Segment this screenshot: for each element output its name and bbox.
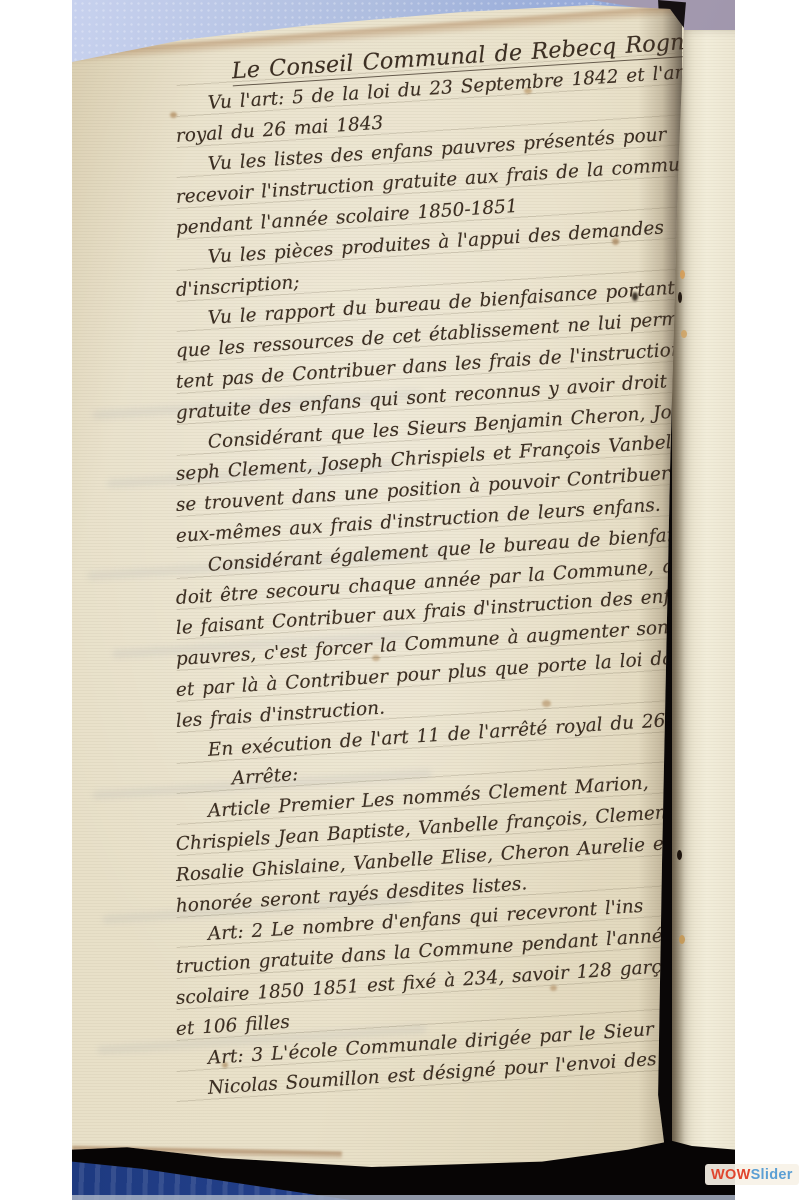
watermark-slider-text: Slider (751, 1167, 793, 1183)
page-speck (678, 292, 682, 303)
manuscript-text: Le Conseil Communal de Rebecq RognonVu l… (176, 60, 735, 1107)
page-stain (681, 330, 687, 338)
left-letterbox (0, 0, 72, 1200)
watermark-wow-text: WOW (711, 1167, 751, 1183)
page-stain (680, 270, 685, 279)
book-photo: Le Conseil Communal de Rebecq RognonVu l… (72, 0, 735, 1200)
manuscript-page: Le Conseil Communal de Rebecq RognonVu l… (72, 0, 735, 1200)
facing-page-edge (672, 30, 735, 1170)
table-edge-strip (72, 1195, 735, 1200)
page-stain (679, 935, 685, 944)
wowslider-watermark[interactable]: WOWSlider (705, 1164, 799, 1185)
page-speck (677, 850, 682, 860)
slider-slide: Le Conseil Communal de Rebecq RognonVu l… (0, 0, 800, 1200)
right-letterbox (735, 0, 800, 1200)
